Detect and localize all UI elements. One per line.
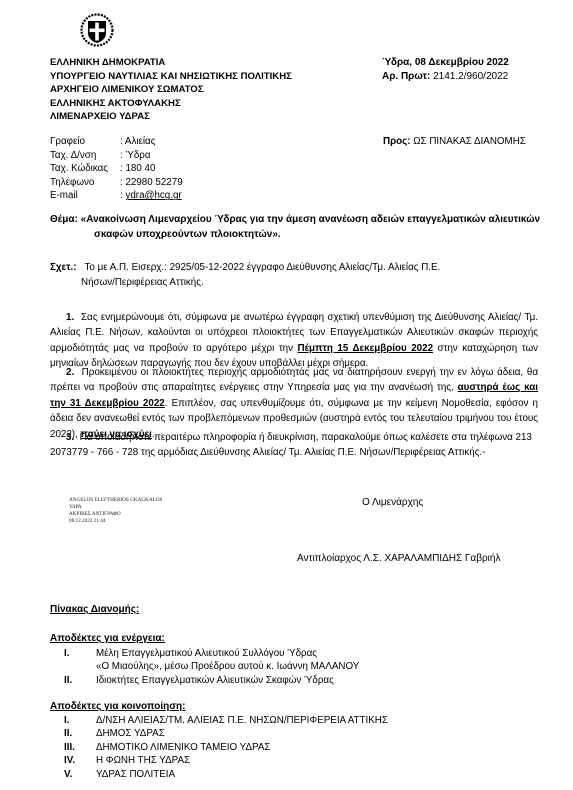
protocol-value: 2141.2/960/2022 <box>433 71 508 82</box>
list-item: V.ΥΔΡΑΣ ΠΟΛΙΤΕΙΑ <box>50 768 388 781</box>
contact-label: Ταχ. Κώδικας <box>50 162 120 176</box>
list-text: ΥΔΡΑΣ ΠΟΛΙΤΕΙΑ <box>96 768 175 781</box>
body-paragraph-1: 1. Σας ενημερώνουμε ότι, σύμφωνα με ανωτ… <box>50 310 538 372</box>
list-item: III.ΔΗΜΟΤΙΚΟ ΛΙΜΕΝΙΚΟ ΤΑΜΕΙΟ ΥΔΡΑΣ <box>50 741 388 754</box>
recipient-label: Προς: <box>383 136 410 147</box>
list-item: I.Δ/ΝΣΗ ΑΛΙΕΙΑΣ/ΤΜ. ΑΛΙΕΙΑΣ Π.Ε. ΝΗΣΩΝ/Π… <box>50 714 388 727</box>
contact-info: Γραφείο: Αλιείας Ταχ. Δ/νση: Ύδρα Ταχ. Κ… <box>50 135 183 203</box>
subject-line: «Ανακοίνωση Λιμεναρχείου Ύδρας για την ά… <box>81 214 540 225</box>
contact-row: Τηλέφωνο: 22980 52279 <box>50 176 183 190</box>
issuer-line: ΕΛΛΗΝΙΚΗΣ ΑΚΤΟΦΥΛΑΚΗΣ <box>50 97 292 111</box>
action-recipients-list: I.Μέλη Επαγγελματικού Αλιευτικού Συλλόγο… <box>50 647 359 687</box>
contact-value: : Αλιείας <box>120 135 155 149</box>
issuer-line: ΑΡΧΗΓΕΙΟ ΛΙΜΕΝΙΚΟΥ ΣΩΜΑΤΟΣ <box>50 83 292 97</box>
body-paragraph-3: 3. Για οποιαδήποτε περαιτέρω πληροφορία … <box>50 430 538 461</box>
issuer-header: ΕΛΛΗΝΙΚΗ ΔΗΜΟΚΡΑΤΙΑ ΥΠΟΥΡΓΕΙΟ ΝΑΥΤΙΛΙΑΣ … <box>50 56 292 124</box>
list-text: Η ΦΩΝΗ ΤΗΣ ΥΔΡΑΣ <box>96 754 190 767</box>
subject-line: σκαφών υποχρεούντων πλοιοκτητών». <box>50 227 550 242</box>
list-text: Ιδιοκτήτες Επαγγελματικών Αλιευτικών Σκα… <box>96 674 334 687</box>
paragraph-number: 1. <box>66 312 74 323</box>
cc-recipients-title: Αποδέκτες για κοινοποίηση: <box>50 701 186 712</box>
place-date: Ύδρα, 08 Δεκεμβρίου 2022 <box>382 56 509 70</box>
list-text: «Ο Μιαούλης», μέσω Προέδρου αυτού κ. Ιωά… <box>96 660 359 673</box>
list-item: II.ΔΗΜΟΣ ΥΔΡΑΣ <box>50 727 388 740</box>
related-line: Το με Α.Π. Εισερχ.: 2925/05-12-2022 έγγρ… <box>85 262 441 273</box>
greek-coat-of-arms-icon <box>80 13 114 47</box>
protocol-label: Αρ. Πρωτ: <box>382 71 430 82</box>
list-number: II. <box>50 674 96 687</box>
issuer-line: ΛΙΜΕΝΑΡΧΕΙΟ ΥΔΡΑΣ <box>50 110 292 124</box>
contact-label: Γραφείο <box>50 135 120 149</box>
list-item-continuation: «Ο Μιαούλης», μέσω Προέδρου αυτού κ. Ιωά… <box>50 660 359 673</box>
contact-value: : 22980 52279 <box>120 176 183 190</box>
contact-row: Γραφείο: Αλιείας <box>50 135 183 149</box>
related-line: Νήσων/Περιφέρειας Αττικής. <box>50 275 550 290</box>
list-item: I.Μέλη Επαγγελματικού Αλιευτικού Συλλόγο… <box>50 647 359 660</box>
signatory-name: Αντιπλοίαρχος Λ.Σ. ΧΑΡΑΛΑΜΠΙΔΗΣ Γαβριήλ <box>297 553 500 564</box>
deadline-emphasis: Πέμπτη 15 Δεκεμβρίου 2022 <box>298 343 433 354</box>
contact-value: : 180 40 <box>120 162 155 176</box>
recipient-value: ΩΣ ΠΙΝΑΚΑΣ ΔΙΑΝΟΜΗΣ <box>413 136 526 147</box>
contact-row: E-mail: ydra@hcg.gr <box>50 189 183 203</box>
related-label: Σχετ.: <box>50 262 77 273</box>
list-number: I. <box>50 647 96 660</box>
protocol-number: Αρ. Πρωτ: 2141.2/960/2022 <box>382 70 509 84</box>
recipient: Προς: ΩΣ ΠΙΝΑΚΑΣ ΔΙΑΝΟΜΗΣ <box>383 136 526 147</box>
list-number: II. <box>50 727 96 740</box>
issuer-line: ΥΠΟΥΡΓΕΙΟ ΝΑΥΤΙΛΙΑΣ ΚΑΙ ΝΗΣΙΩΤΙΚΗΣ ΠΟΛΙΤ… <box>50 70 292 84</box>
subject: Θέμα: «Ανακοίνωση Λιμεναρχείου Ύδρας για… <box>50 212 550 242</box>
contact-label: E-mail <box>50 189 120 203</box>
list-text: ΔΗΜΟΣ ΥΔΡΑΣ <box>96 727 165 740</box>
list-text: Μέλη Επαγγελματικού Αλιευτικού Συλλόγου … <box>96 647 317 660</box>
contact-row: Ταχ. Δ/νση: Ύδρα <box>50 149 183 163</box>
stamp-line: ΑΚΡΙΒΕΣ ΑΝΤΙΓΡΑΦΟ <box>69 511 162 518</box>
list-text: ΔΗΜΟΤΙΚΟ ΛΙΜΕΝΙΚΟ ΤΑΜΕΙΟ ΥΔΡΑΣ <box>96 741 270 754</box>
paragraph-number: 3. <box>66 432 74 443</box>
stamp-line: ΥΔΡΑ <box>69 504 162 511</box>
paragraph-number: 2. <box>66 367 74 378</box>
list-number: I. <box>50 714 96 727</box>
email-link[interactable]: ydra@hcg.gr <box>125 189 181 203</box>
list-text: Δ/ΝΣΗ ΑΛΙΕΙΑΣ/ΤΜ. ΑΛΙΕΙΑΣ Π.Ε. ΝΗΣΩΝ/ΠΕΡ… <box>96 714 388 727</box>
paragraph-text: Για οποιαδήποτε περαιτέρω πληροφορία ή δ… <box>50 432 532 458</box>
stamp-line: 08.12.2022 21:44 <box>69 518 162 525</box>
contact-label: Ταχ. Δ/νση <box>50 149 120 163</box>
list-item: IV.Η ΦΩΝΗ ΤΗΣ ΥΔΡΑΣ <box>50 754 388 767</box>
contact-row: Ταχ. Κώδικας: 180 40 <box>50 162 183 176</box>
contact-label: Τηλέφωνο <box>50 176 120 190</box>
list-item: II.Ιδιοκτήτες Επαγγελματικών Αλιευτικών … <box>50 674 359 687</box>
date-protocol-block: Ύδρα, 08 Δεκεμβρίου 2022 Αρ. Πρωτ: 2141.… <box>382 56 509 84</box>
action-recipients-title: Αποδέκτες για ενέργεια: <box>50 633 165 644</box>
related-reference: Σχετ.: Το με Α.Π. Εισερχ.: 2925/05-12-20… <box>50 260 550 290</box>
issuer-line: ΕΛΛΗΝΙΚΗ ΔΗΜΟΚΡΑΤΙΑ <box>50 56 292 70</box>
distribution-title: Πίνακας Διανομής: <box>50 604 139 615</box>
list-number: V. <box>50 768 96 781</box>
list-number: IV. <box>50 754 96 767</box>
subject-label: Θέμα: <box>50 214 78 225</box>
signatory-title: Ο Λιμενάρχης <box>362 497 423 508</box>
stamp-line: ANGELOS ELEFTHERIOS GKAGKALOS <box>69 497 162 504</box>
cc-recipients-list: I.Δ/ΝΣΗ ΑΛΙΕΙΑΣ/ΤΜ. ΑΛΙΕΙΑΣ Π.Ε. ΝΗΣΩΝ/Π… <box>50 714 388 781</box>
contact-value: : Ύδρα <box>120 149 151 163</box>
digital-signature-stamp: ANGELOS ELEFTHERIOS GKAGKALOS ΥΔΡΑ ΑΚΡΙΒ… <box>69 497 162 525</box>
list-number: III. <box>50 741 96 754</box>
